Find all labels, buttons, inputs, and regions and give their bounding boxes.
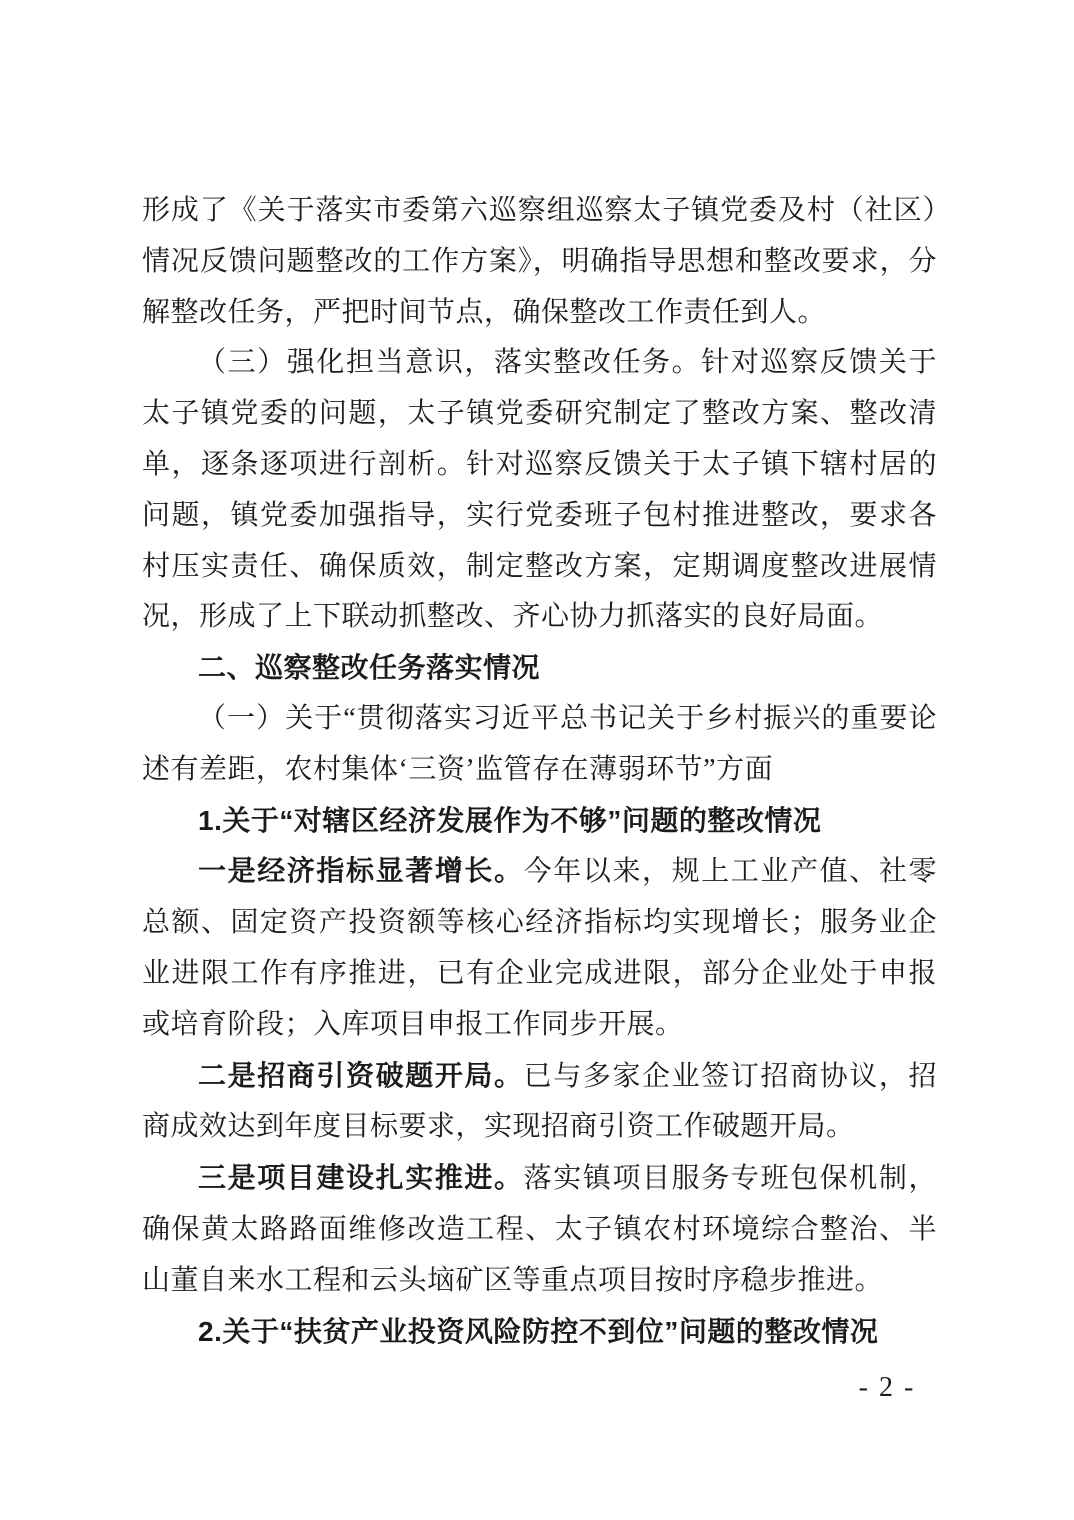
paragraph-text: 针对巡察反馈关于太子镇党委的问题，太子镇党委研究制定了整改方案、整改清单，逐条逐… xyxy=(142,347,937,632)
document-page: 形成了《关于落实市委第六巡察组巡察太子镇党委及村（社区）情况反馈问题整改的工作方… xyxy=(0,0,1074,1520)
paragraph: 二是招商引资破题开局。已与多家企业签订招商协议，招商成效达到年度目标要求，实现招… xyxy=(142,1051,937,1154)
paragraph: （三）强化担当意识，落实整改任务。针对巡察反馈关于太子镇党委的问题，太子镇党委研… xyxy=(142,338,937,643)
paragraph-lead: 一是经济指标显著增长。 xyxy=(198,855,524,886)
subsection-heading: （一）关于“贯彻落实习近平总书记关于乡村振兴的重要论述有差距，农村集体‘三资’监… xyxy=(142,694,937,796)
item-heading: 1.关于“对辖区经济发展作为不够”问题的整改情况 xyxy=(142,796,937,847)
document-body: 形成了《关于落实市委第六巡察组巡察太子镇党委及村（社区）情况反馈问题整改的工作方… xyxy=(142,186,937,1357)
paragraph-lead: （三）强化担当意识，落实整改任务。 xyxy=(198,347,701,378)
paragraph: 三是项目建设扎实推进。落实镇项目服务专班包保机制，确保黄太路路面维修改造工程、太… xyxy=(142,1153,937,1306)
item-heading: 2.关于“扶贫产业投资风险防控不到位”问题的整改情况 xyxy=(142,1307,937,1358)
section-heading: 二、巡察整改任务落实情况 xyxy=(142,643,937,694)
page-number: - 2 - xyxy=(837,1368,937,1408)
paragraph: 一是经济指标显著增长。今年以来，规上工业产值、社零总额、固定资产投资额等核心经济… xyxy=(142,846,937,1050)
paragraph-lead: 三是项目建设扎实推进。 xyxy=(198,1162,524,1193)
paragraph-continued: 形成了《关于落实市委第六巡察组巡察太子镇党委及村（社区）情况反馈问题整改的工作方… xyxy=(142,186,937,338)
paragraph-lead: 二是招商引资破题开局。 xyxy=(198,1060,524,1091)
